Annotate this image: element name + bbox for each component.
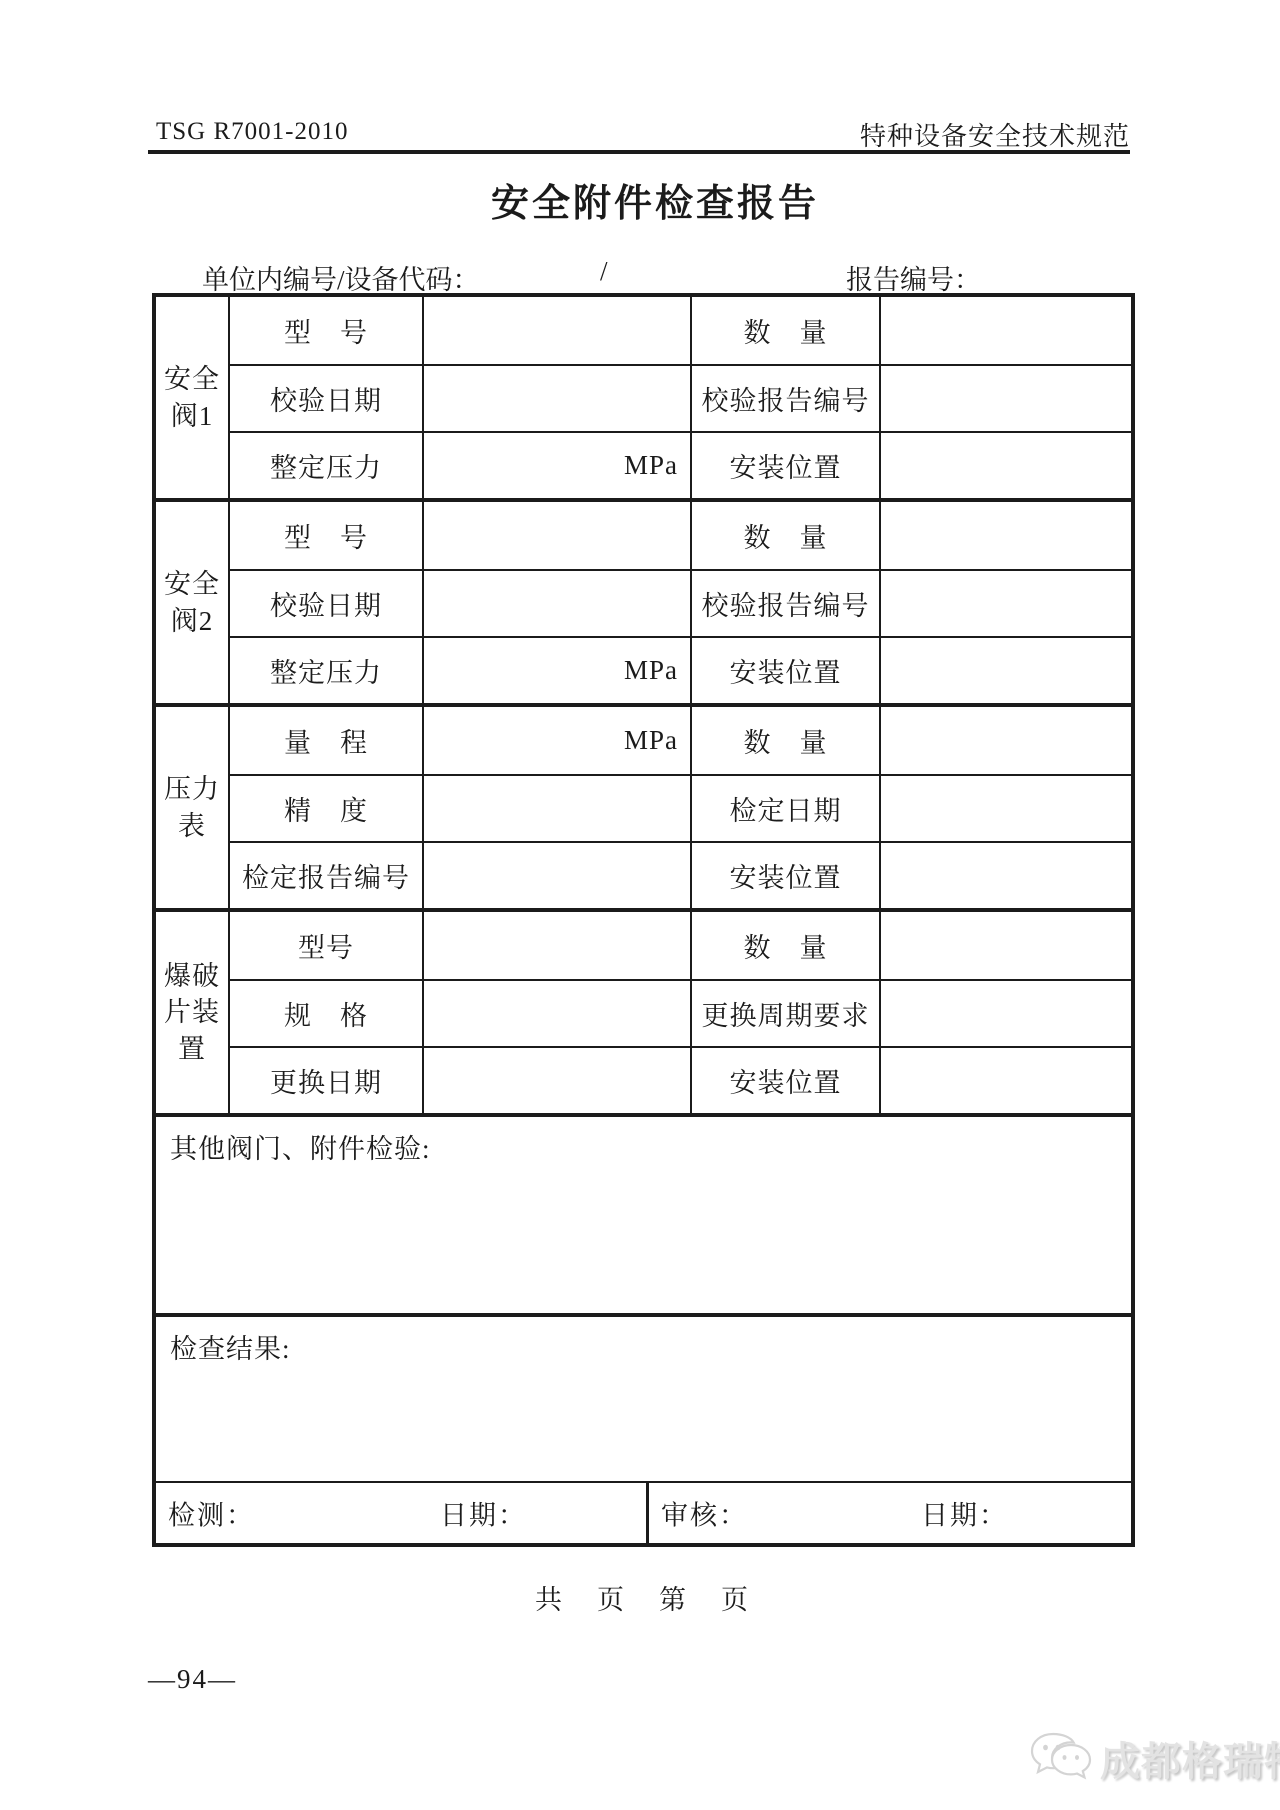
field-label-cell: 数 量 xyxy=(690,502,879,569)
section-label: 安全 阀2 xyxy=(156,502,228,703)
field-value-cell xyxy=(422,364,690,431)
field-label-cell: 精 度 xyxy=(228,774,422,841)
field-value-cell: MPa xyxy=(422,431,690,498)
field-label-cell: 检定日期 xyxy=(690,774,879,841)
field-label-cell: 校验报告编号 xyxy=(690,364,879,431)
meta-slash: / xyxy=(600,256,608,287)
inspector-sign-cell: 检测： 日期： xyxy=(156,1483,646,1543)
inspection-result-label: 检查结果: xyxy=(170,1334,291,1364)
field-label-cell: 型 号 xyxy=(228,297,422,364)
section-bursting-disc: 爆破 片装 置 型号 数 量 规 格 更换周期要求 更换日期 安装位置 xyxy=(156,908,1131,1113)
field-label-cell: 整定压力 xyxy=(228,431,422,498)
field-label-cell: 更换周期要求 xyxy=(690,979,879,1046)
reviewer-date-label: 日期： xyxy=(921,1494,1008,1533)
doc-code: TSG R7001-2010 xyxy=(156,118,348,146)
inspector-date-label: 日期： xyxy=(440,1494,527,1533)
field-label-cell: 型号 xyxy=(228,912,422,979)
field-value-cell: MPa xyxy=(422,707,690,774)
field-label-cell: 数 量 xyxy=(690,297,879,364)
field-label-cell: 整定压力 xyxy=(228,636,422,703)
field-value-cell xyxy=(422,502,690,569)
field-label-cell: 数 量 xyxy=(690,707,879,774)
section-label: 压力 表 xyxy=(156,707,228,908)
field-value-cell xyxy=(879,912,1131,979)
field-label-cell: 型 号 xyxy=(228,502,422,569)
field-value-cell xyxy=(879,364,1131,431)
field-value-cell xyxy=(879,979,1131,1046)
field-value-cell xyxy=(879,502,1131,569)
section-label: 爆破 片装 置 xyxy=(156,912,228,1113)
field-value-cell xyxy=(879,569,1131,636)
field-value-cell xyxy=(879,431,1131,498)
field-value-cell xyxy=(422,841,690,908)
doc-category: 特种设备安全技术规范 xyxy=(630,116,1130,153)
pagination: 共 页 第 页 xyxy=(152,1578,1135,1617)
field-label-cell: 数 量 xyxy=(690,912,879,979)
field-label-cell: 规 格 xyxy=(228,979,422,1046)
report-no-label: 报告编号： xyxy=(846,258,981,297)
field-label-cell: 校验报告编号 xyxy=(690,569,879,636)
other-accessories-box: 其他阀门、附件检验: xyxy=(156,1113,1131,1313)
section-safety-valve-2: 安全 阀2 型 号 数 量 校验日期 校验报告编号 整定压力 MPa 安装位置 xyxy=(156,498,1131,703)
page-title: 安全附件检查报告 xyxy=(170,172,1140,227)
unit-code-label: 单位内编号/设备代码： xyxy=(202,258,480,297)
watermark-text: 成都格瑞特 xyxy=(1100,1730,1280,1787)
field-label-cell: 校验日期 xyxy=(228,569,422,636)
other-accessories-label: 其他阀门、附件检验: xyxy=(170,1134,431,1164)
header-rule xyxy=(148,150,1130,154)
field-value-cell xyxy=(422,569,690,636)
field-value-cell xyxy=(879,707,1131,774)
field-value-cell xyxy=(422,1046,690,1113)
field-value-cell xyxy=(422,297,690,364)
field-value-cell xyxy=(422,912,690,979)
inspection-table: 安全 阀1 型 号 数 量 校验日期 校验报告编号 整定压力 MPa 安装位置 … xyxy=(152,293,1135,1547)
reviewer-sign-cell: 审核： 日期： xyxy=(646,1483,1131,1543)
field-value-cell xyxy=(879,841,1131,908)
field-value-cell xyxy=(879,1046,1131,1113)
field-label-cell: 安装位置 xyxy=(690,431,879,498)
inspector-label: 检测： xyxy=(168,1494,255,1533)
inspection-result-box: 检查结果: xyxy=(156,1313,1131,1481)
field-label-cell: 安装位置 xyxy=(690,841,879,908)
field-label-cell: 检定报告编号 xyxy=(228,841,422,908)
section-pressure-gauge: 压力 表 量 程 MPa 数 量 精 度 检定日期 检定报告编号 安装位置 xyxy=(156,703,1131,908)
wechat-logo-icon xyxy=(1028,1731,1094,1787)
field-value-cell xyxy=(879,297,1131,364)
page-number: —94— xyxy=(148,1664,237,1695)
section-label: 安全 阀1 xyxy=(156,297,228,498)
watermark: 成都格瑞特 xyxy=(1028,1730,1280,1787)
field-label-cell: 量 程 xyxy=(228,707,422,774)
field-value-cell xyxy=(879,636,1131,703)
field-value-cell xyxy=(422,774,690,841)
field-label-cell: 更换日期 xyxy=(228,1046,422,1113)
field-value-cell xyxy=(422,979,690,1046)
field-label-cell: 校验日期 xyxy=(228,364,422,431)
field-value-cell: MPa xyxy=(422,636,690,703)
signature-row: 检测： 日期： 审核： 日期： xyxy=(156,1481,1131,1543)
reviewer-label: 审核： xyxy=(661,1494,748,1533)
section-safety-valve-1: 安全 阀1 型 号 数 量 校验日期 校验报告编号 整定压力 MPa 安装位置 xyxy=(156,297,1131,498)
field-label-cell: 安装位置 xyxy=(690,1046,879,1113)
field-value-cell xyxy=(879,774,1131,841)
field-label-cell: 安装位置 xyxy=(690,636,879,703)
